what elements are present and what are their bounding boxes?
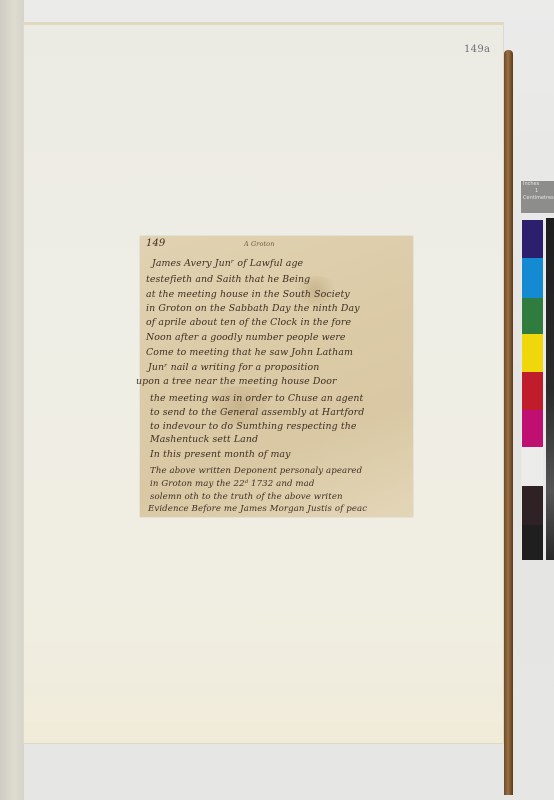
manuscript-line: at the meeting house in the South Societ…	[146, 289, 350, 300]
manuscript-line: to indevour to do Sumthing respecting th…	[150, 421, 357, 432]
manuscript-line: Mashentuck sett Land	[150, 434, 258, 445]
swatch-cyan	[522, 258, 543, 298]
folio-number: 149a	[464, 44, 490, 55]
swatch-black	[522, 525, 543, 560]
manuscript-line: the meeting was in order to Chuse an age…	[150, 393, 363, 404]
manuscript-line: Junʳ nail a writing for a proposition	[148, 362, 319, 373]
paper-stain	[200, 386, 280, 426]
swatch-blue	[522, 220, 543, 258]
swatch-dark-brown	[522, 486, 543, 525]
swatch-green	[522, 298, 543, 334]
manuscript-line: Come to meeting that he saw John Latham	[146, 347, 353, 358]
manuscript-line: to send to the General assembly at Hartf…	[150, 407, 364, 418]
manuscript-line: testefieth and Saith that he Being	[146, 274, 310, 285]
scale-label-mark: 1	[521, 188, 554, 195]
swatch-yellow	[522, 334, 543, 372]
swatch-red	[522, 372, 543, 410]
manuscript-line: of aprile about ten of the Clock in the …	[146, 317, 351, 328]
manuscript-line: James Avery Junʳ of Lawful age	[152, 258, 303, 269]
book-spine-edge	[0, 0, 24, 800]
swatch-white	[522, 447, 543, 486]
manuscript-line: in Groton on the Sabbath Day the ninth D…	[146, 303, 360, 314]
manuscript-line: solemn oth to the truth of the above wri…	[150, 492, 343, 502]
manuscript-line: Evidence Before me James Morgan Justis o…	[148, 504, 367, 514]
scale-label: Inches 1 Centimetres	[521, 181, 554, 213]
manuscript-page-number: 149	[146, 238, 165, 249]
scale-label-inches: Inches	[521, 181, 554, 188]
manuscript-document: 149 A Groton James Avery Junʳ of Lawful …	[140, 236, 413, 517]
manuscript-line: upon a tree near the meeting house Door	[136, 376, 337, 387]
swatch-magenta	[522, 410, 543, 447]
book-cover-edge	[504, 50, 513, 795]
manuscript-line: in Groton may the 22ᵈ 1732 and mad	[150, 479, 315, 489]
grey-scale-strip	[546, 218, 554, 560]
manuscript-annotation: A Groton	[244, 240, 275, 248]
manuscript-line: In this present month of may	[150, 449, 291, 460]
scale-label-centimetres: Centimetres	[521, 195, 554, 202]
manuscript-line: Noon after a goodly number people were	[146, 332, 346, 343]
manuscript-line: The above written Deponent personaly ape…	[150, 466, 362, 476]
